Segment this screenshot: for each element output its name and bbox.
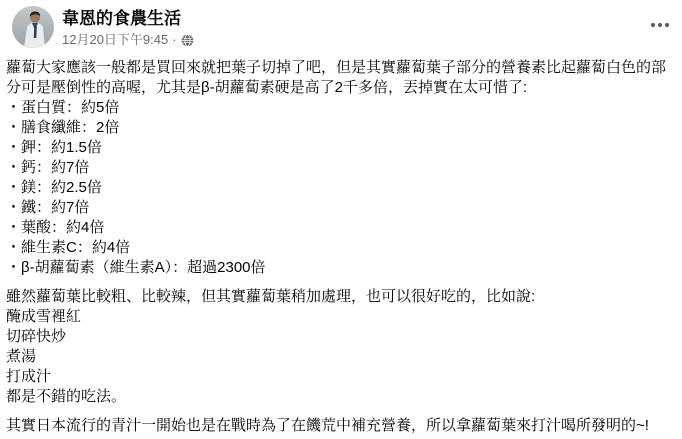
- more-options-button[interactable]: [646, 14, 674, 36]
- post-header-text: 韋恩的食農生活 12月20日下午9:45 ·: [62, 6, 194, 48]
- nutrient-item: ・鉀：約1.5倍: [6, 138, 678, 158]
- nutrient-item: ・鐵：約7倍: [6, 198, 678, 218]
- facebook-post: 韋恩的食農生活 12月20日下午9:45 ·: [0, 0, 682, 439]
- author-name[interactable]: 韋恩的食農生活: [62, 8, 194, 30]
- post-content: 蘿蔔大家應該一般都是買回來就把葉子切掉了吧，但是其實蘿蔔葉子部分的營養素比起蘿蔔…: [0, 48, 682, 436]
- globe-icon: [181, 34, 194, 47]
- cooking-method: 打成汁: [6, 367, 678, 387]
- avatar[interactable]: [12, 6, 54, 48]
- avatar-image: [12, 6, 54, 48]
- ellipsis-icon: [650, 22, 670, 28]
- meta-separator: ·: [172, 32, 176, 48]
- post-paragraph-outro: 其實日本流行的青汁一開始也是在戰時為了在饑荒中補充營養，所以拿蘿蔔葉來打汁喝所發…: [6, 416, 678, 436]
- cooking-method: 切碎快炒: [6, 327, 678, 347]
- cooking-method-list: 醃成雪裡紅 切碎快炒 煮湯 打成汁 都是不錯的吃法。: [6, 307, 678, 407]
- nutrient-list: ・蛋白質：約5倍 ・膳食纖維：2倍 ・鉀：約1.5倍 ・鈣：約7倍 ・鎂：約2.…: [6, 98, 678, 278]
- post-paragraph-second: 雖然蘿蔔葉比較粗、比較辣，但其實蘿蔔葉稍加處理，也可以很好吃的，比如說:: [6, 287, 678, 307]
- timestamp[interactable]: 12月20日下午9:45: [62, 32, 168, 48]
- post-header: 韋恩的食農生活 12月20日下午9:45 ·: [0, 0, 682, 48]
- nutrient-item: ・β-胡蘿蔔素（維生素A）：超過2300倍: [6, 258, 678, 278]
- cooking-method: 都是不錯的吃法。: [6, 387, 678, 407]
- nutrient-item: ・鈣：約7倍: [6, 158, 678, 178]
- post-meta: 12月20日下午9:45 ·: [62, 32, 194, 48]
- cooking-method: 醃成雪裡紅: [6, 307, 678, 327]
- nutrient-item: ・葉酸：約4倍: [6, 218, 678, 238]
- cooking-method: 煮湯: [6, 347, 678, 367]
- nutrient-item: ・膳食纖維：2倍: [6, 118, 678, 138]
- nutrient-item: ・維生素C：約4倍: [6, 238, 678, 258]
- nutrient-item: ・蛋白質：約5倍: [6, 98, 678, 118]
- nutrient-item: ・鎂：約2.5倍: [6, 178, 678, 198]
- post-paragraph-intro: 蘿蔔大家應該一般都是買回來就把葉子切掉了吧，但是其實蘿蔔葉子部分的營養素比起蘿蔔…: [6, 58, 678, 98]
